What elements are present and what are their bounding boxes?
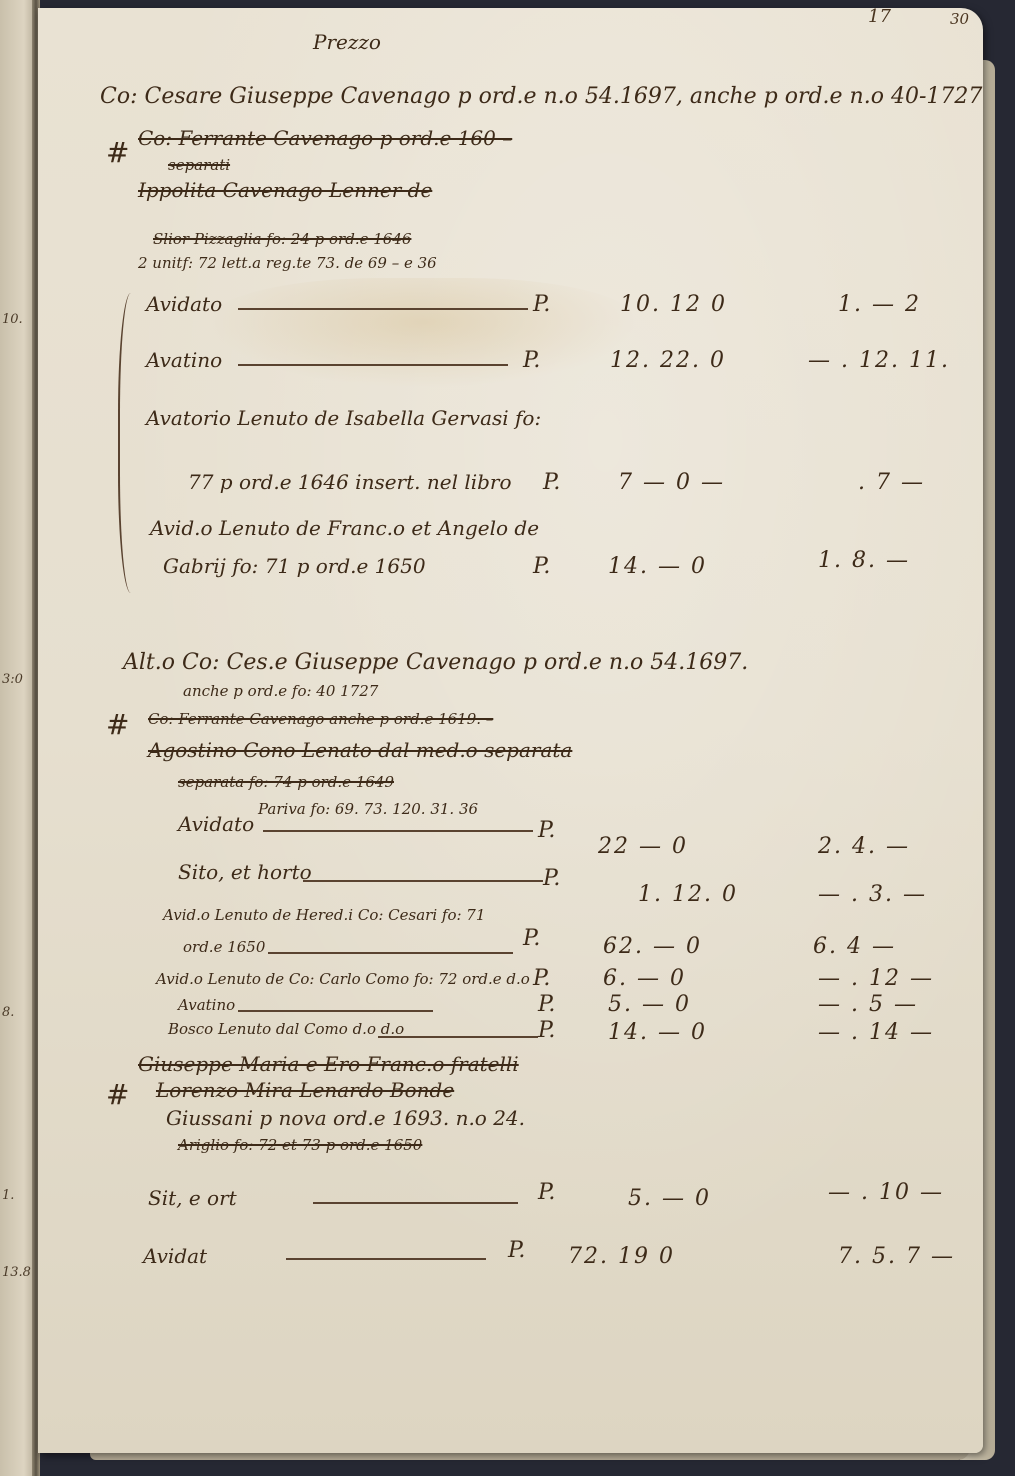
reference-note: 2 unitf: 72 lett.a reg.te 73. de 69 – e … (138, 254, 437, 272)
section-2-title-continued: anche p ord.e fo: 40 1727 (183, 682, 378, 700)
hash-mark: # (106, 708, 129, 741)
margin-note: 3:0 (2, 672, 23, 687)
unit-mark: P. (533, 966, 550, 991)
unit-mark: P. (533, 292, 550, 317)
tax-value: 1. 8. — (818, 548, 910, 573)
water-stain (208, 278, 638, 388)
quantity-value: 5. — 0 (608, 992, 691, 1017)
tax-value: 7. 5. 7 — (838, 1244, 955, 1269)
unit-mark: P. (543, 470, 560, 495)
leader-line (378, 1036, 538, 1038)
quantity-value: 72. 19 0 (568, 1244, 675, 1269)
entry-label: 77 p ord.e 1646 insert. nel libro (188, 470, 512, 494)
quantity-value: 7 — 0 — (618, 470, 725, 495)
quantity-value: 10. 12 0 (620, 292, 727, 317)
entry-label: Avatino (146, 348, 222, 372)
quantity-value: 1. 12. 0 (638, 882, 738, 907)
tax-value: 1. — 2 (838, 292, 921, 317)
tax-value: — . 10 — (828, 1180, 944, 1205)
entry-label: Avatorio Lenuto de Isabella Gervasi fo: (146, 406, 541, 430)
leader-line (286, 1258, 486, 1260)
quantity-value: 14. — 0 (608, 1020, 707, 1045)
quantity-value: 12. 22. 0 (610, 348, 726, 373)
unit-mark: P. (533, 554, 550, 579)
struck-line: separata fo: 74 p ord.e 1649 (178, 773, 394, 791)
section-3-owner-line: Giussani p nova ord.e 1693. n.o 24. (166, 1106, 525, 1130)
entry-label: Avidat (143, 1244, 207, 1268)
quantity-value: 62. — 0 (603, 934, 702, 959)
section-3-title: Giuseppe Maria e Ero Franc.o fratelli (138, 1052, 519, 1076)
tax-value: — . 12 — (818, 966, 934, 991)
struck-line: Co: Ferrante Cavenago p ord.e 160 – (138, 126, 512, 150)
unit-mark: P. (538, 992, 555, 1017)
entry-label: ord.e 1650 (183, 938, 265, 956)
tax-value: 2. 4. — (818, 834, 910, 859)
margin-note: 1. (2, 1188, 14, 1203)
entry-label: Avatino (178, 996, 235, 1014)
entry-label: Avid.o Lenuto de Franc.o et Angelo de (150, 516, 539, 540)
struck-line: Slior Pizzaglia fo: 24 p ord.e 1646 (153, 230, 411, 248)
tax-value: . 7 — (858, 470, 925, 495)
quantity-value: 5. — 0 (628, 1186, 711, 1211)
entry-label: Avid.o Lenuto de Co: Carlo Como fo: 72 o… (156, 970, 530, 988)
leader-line (268, 952, 513, 954)
struck-line: Ariglio fo: 72 et 73 p ord.e 1650 (178, 1136, 422, 1154)
entry-label: Sito, et horto (178, 860, 312, 884)
unit-mark: P. (508, 1238, 525, 1263)
section-2-title: Alt.o Co: Ces.e Giuseppe Cavenago p ord.… (123, 650, 748, 675)
struck-line: Lorenzo Mira Lenardo Bonde (156, 1078, 454, 1102)
entry-label: Avid.o Lenuto de Hered.i Co: Cesari fo: … (163, 906, 485, 924)
struck-line: Co: Ferrante Cavenago anche p ord.e 1619… (148, 710, 493, 728)
manuscript-page: 17 30 Prezzo Co: Cesare Giuseppe Cavenag… (38, 8, 983, 1453)
entry-label: Avidato (178, 812, 254, 836)
section-1-title: Co: Cesare Giuseppe Cavenago p ord.e n.o… (100, 84, 982, 109)
leader-line (238, 308, 528, 310)
leader-line (303, 880, 543, 882)
quantity-value: 14. — 0 (608, 554, 707, 579)
struck-line: Ippolita Cavenago Lenner de (138, 178, 432, 202)
unit-mark: P. (523, 348, 540, 373)
unit-mark: P. (538, 1018, 555, 1043)
folio-number-alt: 30 (950, 10, 969, 28)
reference-note: Pariva fo: 69. 73. 120. 31. 36 (258, 800, 478, 818)
tax-value: — . 5 — (818, 992, 918, 1017)
entry-label: Sit, e ort (148, 1186, 237, 1210)
entry-label: Avidato (146, 292, 222, 316)
entry-label: Bosco Lenuto dal Como d.o d.o (168, 1020, 404, 1038)
quantity-value: 22 — 0 (598, 834, 688, 859)
tax-value: — . 3. — (818, 882, 927, 907)
unit-mark: P. (538, 1180, 555, 1205)
struck-line: Agostino Cono Lenato dal med.o separata (148, 738, 572, 762)
hash-mark: # (106, 1078, 129, 1111)
margin-note: 10. (2, 312, 23, 327)
bracket-mark (118, 293, 150, 593)
tax-value: — . 12. 11. (808, 348, 950, 373)
quantity-value: 6. — 0 (603, 966, 686, 991)
folio-number: 17 (868, 6, 891, 27)
leader-line (263, 830, 533, 832)
margin-note: 13.8 (2, 1265, 31, 1280)
leader-line (313, 1202, 518, 1204)
entry-label: Gabrij fo: 71 p ord.e 1650 (163, 554, 426, 578)
unit-mark: P. (538, 818, 555, 843)
leader-line (238, 364, 508, 366)
column-heading: Prezzo (313, 30, 381, 54)
hash-mark: # (106, 136, 129, 169)
struck-line: separati (168, 156, 230, 174)
leader-line (238, 1010, 433, 1012)
tax-value: — . 14 — (818, 1020, 934, 1045)
unit-mark: P. (523, 926, 540, 951)
tax-value: 6. 4 — (813, 934, 896, 959)
margin-note: 8. (2, 1005, 14, 1020)
unit-mark: P. (543, 866, 560, 891)
